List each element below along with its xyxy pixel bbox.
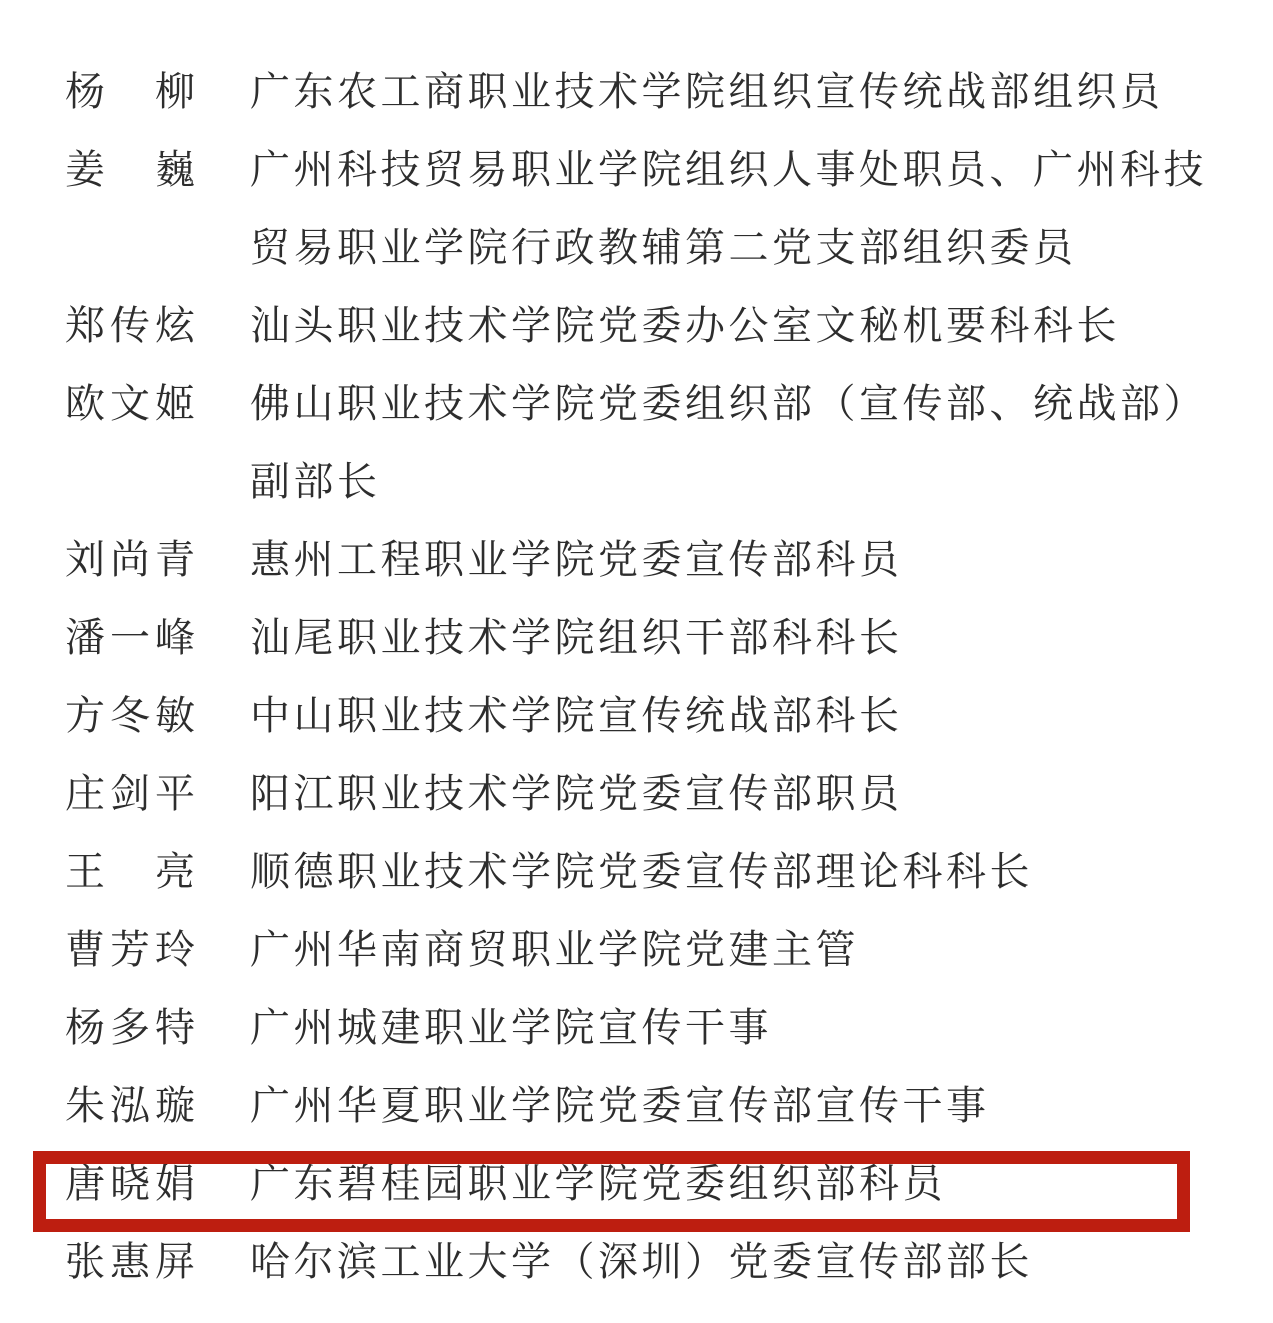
list-item: 曹芳玲 广州华南商贸职业学院党建主管 <box>65 911 1233 989</box>
personnel-list: 杨柳 广东农工商职业技术学院组织宣传统战部组织员 姜巍 广州科技贸易职业学院组织… <box>0 0 1273 1301</box>
person-name: 郑传炫 <box>65 306 195 346</box>
document-page: 杨柳 广东农工商职业技术学院组织宣传统战部组织员 姜巍 广州科技贸易职业学院组织… <box>0 0 1273 1323</box>
list-item: 刘尚青 惠州工程职业学院党委宣传部科员 <box>65 521 1233 599</box>
person-title-continuation: 副部长 <box>250 462 381 502</box>
list-item: 张惠屏 哈尔滨工业大学（深圳）党委宣传部部长 <box>65 1223 1233 1301</box>
list-item: 王亮 顺德职业技术学院党委宣传部理论科科长 <box>65 833 1233 911</box>
person-title: 广州科技贸易职业学院组织人事处职员、广州科技 <box>250 150 1207 190</box>
person-title: 哈尔滨工业大学（深圳）党委宣传部部长 <box>250 1242 1033 1282</box>
person-name: 王亮 <box>65 852 195 892</box>
list-item: 杨柳 广东农工商职业技术学院组织宣传统战部组织员 <box>65 53 1233 131</box>
person-name: 杨柳 <box>65 72 195 112</box>
person-name: 潘一峰 <box>65 618 195 658</box>
person-title: 汕头职业技术学院党委办公室文秘机要科科长 <box>250 306 1120 346</box>
person-name: 唐晓娟 <box>65 1164 195 1204</box>
person-title: 广东农工商职业技术学院组织宣传统战部组织员 <box>250 72 1164 112</box>
person-title: 中山职业技术学院宣传统战部科长 <box>250 696 903 736</box>
list-item: 朱泓璇 广州华夏职业学院党委宣传部宣传干事 <box>65 1067 1233 1145</box>
person-name: 刘尚青 <box>65 540 195 580</box>
person-name: 杨多特 <box>65 1008 195 1048</box>
person-name: 庄剑平 <box>65 774 195 814</box>
person-title-continuation: 贸易职业学院行政教辅第二党支部组织委员 <box>250 228 1077 268</box>
person-title: 阳江职业技术学院党委宣传部职员 <box>250 774 903 814</box>
person-name: 曹芳玲 <box>65 930 195 970</box>
person-name: 朱泓璇 <box>65 1086 195 1126</box>
list-item: 方冬敏 中山职业技术学院宣传统战部科长 <box>65 677 1233 755</box>
person-title: 汕尾职业技术学院组织干部科科长 <box>250 618 903 658</box>
person-title: 广州华南商贸职业学院党建主管 <box>250 930 859 970</box>
list-item: 姜巍 广州科技贸易职业学院组织人事处职员、广州科技 <box>65 131 1233 209</box>
list-item: 庄剑平 阳江职业技术学院党委宣传部职员 <box>65 755 1233 833</box>
list-item: 欧文姬 佛山职业技术学院党委组织部（宣传部、统战部） <box>65 365 1233 443</box>
person-name: 张惠屏 <box>65 1242 195 1282</box>
person-title: 广东碧桂园职业学院党委组织部科员 <box>250 1164 946 1204</box>
person-title: 惠州工程职业学院党委宣传部科员 <box>250 540 903 580</box>
list-item: 潘一峰 汕尾职业技术学院组织干部科科长 <box>65 599 1233 677</box>
person-title: 广州华夏职业学院党委宣传部宣传干事 <box>250 1086 990 1126</box>
list-item-highlighted: 唐晓娟 广东碧桂园职业学院党委组织部科员 <box>65 1145 1233 1223</box>
person-title: 广州城建职业学院宣传干事 <box>250 1008 772 1048</box>
person-name: 欧文姬 <box>65 384 195 424</box>
list-item-continuation: 贸易职业学院行政教辅第二党支部组织委员 <box>65 209 1233 287</box>
person-name: 方冬敏 <box>65 696 195 736</box>
person-title: 佛山职业技术学院党委组织部（宣传部、统战部） <box>250 384 1207 424</box>
list-item-continuation: 副部长 <box>65 443 1233 521</box>
list-item: 郑传炫 汕头职业技术学院党委办公室文秘机要科科长 <box>65 287 1233 365</box>
person-name: 姜巍 <box>65 150 195 190</box>
person-title: 顺德职业技术学院党委宣传部理论科科长 <box>250 852 1033 892</box>
list-item: 杨多特 广州城建职业学院宣传干事 <box>65 989 1233 1067</box>
